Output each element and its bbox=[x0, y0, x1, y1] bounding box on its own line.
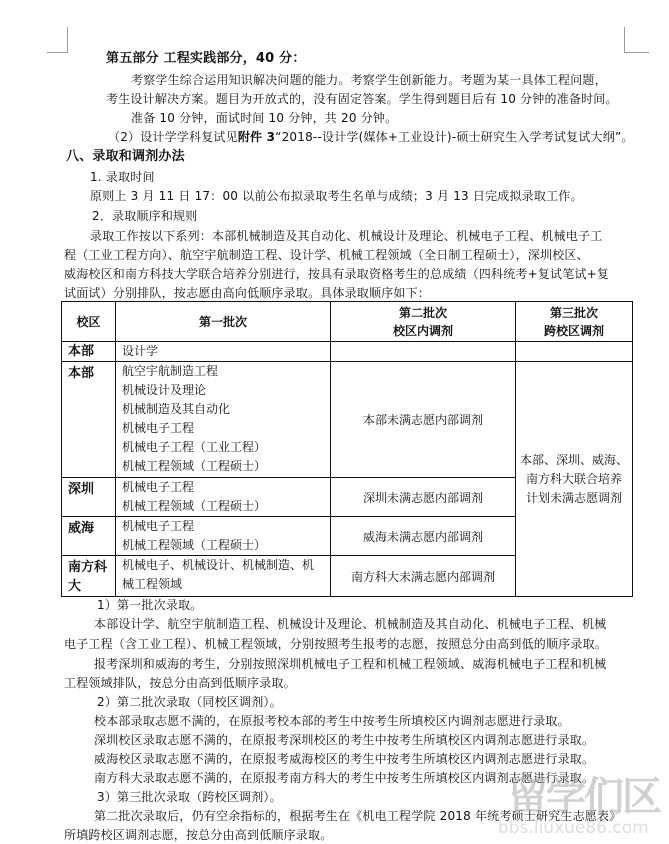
campus-cell: 深圳 bbox=[62, 478, 116, 517]
program-item: 机械制造及其自动化 bbox=[122, 400, 324, 419]
section8-sub2-line4: 试面试）分别排队，按志愿由高向低顺序录取。具体录取顺序如下： bbox=[64, 284, 430, 302]
header-batch1: 第一批次 bbox=[116, 302, 331, 342]
rule1-p1-line1: 本部设计学、航空宇航制造工程、机械设计及理论、机械制造及其自动化、机械电子工程、… bbox=[94, 615, 606, 633]
program-item: 机械设计及理论 bbox=[122, 381, 324, 400]
section8-title: 八、录取和调剂办法 bbox=[66, 148, 185, 166]
section5-p1-line1: 考察学生综合运用知识解决问题的能力。考察学生创新能力。考题为某一具体工程问题， bbox=[131, 71, 607, 89]
header-campus: 校区 bbox=[62, 302, 116, 342]
section5-title: 第五部分 工程实践部分，40 分： bbox=[106, 50, 306, 68]
table-header-row: 校区 第一批次 第二批次 校区内调剂 第三批次 跨校区调剂 bbox=[62, 302, 633, 342]
rule1-p2-line2: 工程领域排队，按总分由高到低顺序录取。 bbox=[64, 674, 296, 692]
programs-cell: 设计学 bbox=[116, 342, 331, 362]
batch2-cell bbox=[331, 342, 516, 362]
campus-cell: 威海 bbox=[62, 517, 116, 556]
table-row: 本部 航空宇航制造工程 机械设计及理论 机械制造及其自动化 机械电子工程 机械电… bbox=[62, 362, 633, 478]
programs-cell: 机械电子、机械设计、机械制造、机 械工程领域 bbox=[116, 556, 331, 597]
header-batch2-line2: 校区内调剂 bbox=[337, 322, 509, 340]
section8-sub1-text: 原则上 3 月 11 日 17：00 以前公布拟录取考生名单与成绩；3 月 13… bbox=[90, 187, 583, 205]
campus-line: 南方科 bbox=[68, 558, 109, 577]
program-item: 机械工程领域（工程硕士） bbox=[122, 536, 324, 555]
header-batch2-line1: 第二批次 bbox=[337, 304, 509, 322]
header-batch3-line1: 第三批次 bbox=[522, 304, 626, 322]
rule2-line2: 深圳校区录取志愿不满的，在原报考深圳校区的考生中按考生所填校区内调剂志愿进行录取… bbox=[94, 731, 594, 749]
program-item: 机械工程领域（工程硕士） bbox=[122, 457, 324, 476]
program-item: 机械电子工程（工业工程） bbox=[122, 438, 324, 457]
program-item: 设计学 bbox=[122, 342, 324, 361]
batch3-line: 本部、深圳、威海、 bbox=[519, 451, 629, 470]
rule2-line4: 南方科大录取志愿不满的，在原报考南方科大的考生中按考生所填校区内调剂志愿进行录取… bbox=[94, 769, 594, 787]
section8-sub2-line3: 威海校区和南方科技大学联合培养分别进行，按具有录取资格考生的总成绩（四科统考+复… bbox=[64, 265, 609, 283]
program-item: 机械电子工程 bbox=[122, 419, 324, 438]
programs-cell: 机械电子工程 机械工程领域（工程硕士） bbox=[116, 478, 331, 517]
page-corner-mark-left bbox=[47, 27, 68, 53]
rule2-title: 2）第二批次录取（同校区调剂）。 bbox=[97, 693, 282, 711]
program-item: 机械电子工程 bbox=[122, 478, 324, 497]
batch3-cell-empty bbox=[516, 342, 633, 362]
batch2-cell: 威海未满志愿内部调剂 bbox=[331, 517, 516, 556]
campus-cell: 本部 bbox=[62, 342, 116, 362]
batch2-cell: 南方科大未满志愿内部调剂 bbox=[331, 556, 516, 597]
table-row: 本部 设计学 bbox=[62, 342, 633, 362]
page-corner-mark-right bbox=[624, 27, 649, 53]
batch3-merged-cell: 本部、深圳、威海、 南方科大联合培养 计划未满志愿调剂 bbox=[516, 362, 633, 597]
section8-sub2-line2: 程（工业工程方向）、航空宇航制造工程、设计学、机械工程领域（全日制工程硕士），深… bbox=[64, 246, 589, 264]
rule3-line1: 第二批次录取后，仍有空余指标的，根据考生在《机电工程学院 2018 年统考硕士研… bbox=[94, 807, 621, 825]
batch3-line: 计划未满志愿调剂 bbox=[519, 489, 629, 508]
section5-p1-line3: 准备 10 分钟，面试时间 10 分钟，共 20 分钟。 bbox=[131, 109, 397, 127]
section5-p2-post: “2018--设计学(媒体+工业设计)-硕士研究生入学考试复试大纲”。 bbox=[275, 130, 633, 144]
rule3-title: 3）第三批次录取（跨校区调剂）。 bbox=[97, 788, 282, 806]
section5-p2-pre: （2）设计学学科复试见 bbox=[108, 130, 238, 144]
programs-cell: 机械电子工程 机械工程领域（工程硕士） bbox=[116, 517, 331, 556]
batch2-cell: 本部未满志愿内部调剂 bbox=[331, 362, 516, 478]
rule1-title: 1）第一批次录取。 bbox=[97, 596, 202, 614]
rule3-line2: 所填跨校区调剂志愿，按总分由高到低顺序录取。 bbox=[64, 826, 332, 844]
program-item: 械工程领域 bbox=[122, 575, 324, 594]
batch2-cell: 深圳未满志愿内部调剂 bbox=[331, 478, 516, 517]
section5-p1-line2: 考生设计解决方案。题目为开放式的，没有固定答案。学生得到题目后有 10 分钟的准… bbox=[106, 90, 618, 108]
rule1-p2-line1: 报考深圳和威海的考生，分别按照深圳机械电子工程和机械工程领域、威海机械电子工程和… bbox=[94, 655, 606, 673]
program-item: 机械电子、机械设计、机械制造、机 bbox=[122, 556, 324, 575]
section8-sub2: 2．录取顺序和规则 bbox=[92, 207, 197, 225]
header-batch3-line2: 跨校区调剂 bbox=[522, 322, 626, 340]
rule1-p1-line2: 电子工程（含工业工程）、机械工程领域，分别按照考生报考的志愿，按照总分由高到低的… bbox=[64, 635, 607, 653]
program-item: 航空宇航制造工程 bbox=[122, 362, 324, 381]
section8-sub1: 1. 录取时间 bbox=[90, 168, 155, 186]
header-batch3: 第三批次 跨校区调剂 bbox=[516, 302, 633, 342]
section5-p2: （2）设计学学科复试见附件 3“2018--设计学(媒体+工业设计)-硕士研究生… bbox=[108, 128, 634, 146]
program-item: 机械工程领域（工程硕士） bbox=[122, 497, 324, 516]
header-batch2: 第二批次 校区内调剂 bbox=[331, 302, 516, 342]
rule2-line1: 校本部录取志愿不满的，在原报考校本部的考生中按考生所填校区内调剂志愿进行录取。 bbox=[94, 712, 570, 730]
campus-line: 大 bbox=[68, 577, 109, 596]
rule2-line3: 威海校区录取志愿不满的，在原报考威海校区的考生中按考生所填校区内调剂志愿进行录取… bbox=[94, 750, 594, 768]
campus-cell: 本部 bbox=[62, 362, 116, 478]
admission-order-table: 校区 第一批次 第二批次 校区内调剂 第三批次 跨校区调剂 本部 设计学 本部 … bbox=[61, 301, 633, 597]
attachment-ref: 附件 3 bbox=[238, 130, 275, 144]
batch3-line: 南方科大联合培养 bbox=[519, 470, 629, 489]
programs-cell: 航空宇航制造工程 机械设计及理论 机械制造及其自动化 机械电子工程 机械电子工程… bbox=[116, 362, 331, 478]
program-item: 机械电子工程 bbox=[122, 517, 324, 536]
campus-cell: 南方科 大 bbox=[62, 556, 116, 597]
section8-sub2-line1: 录取工作按以下系列：本部机械制造及其自动化、机械设计及理论、机械电子工程、机械电… bbox=[90, 227, 602, 245]
